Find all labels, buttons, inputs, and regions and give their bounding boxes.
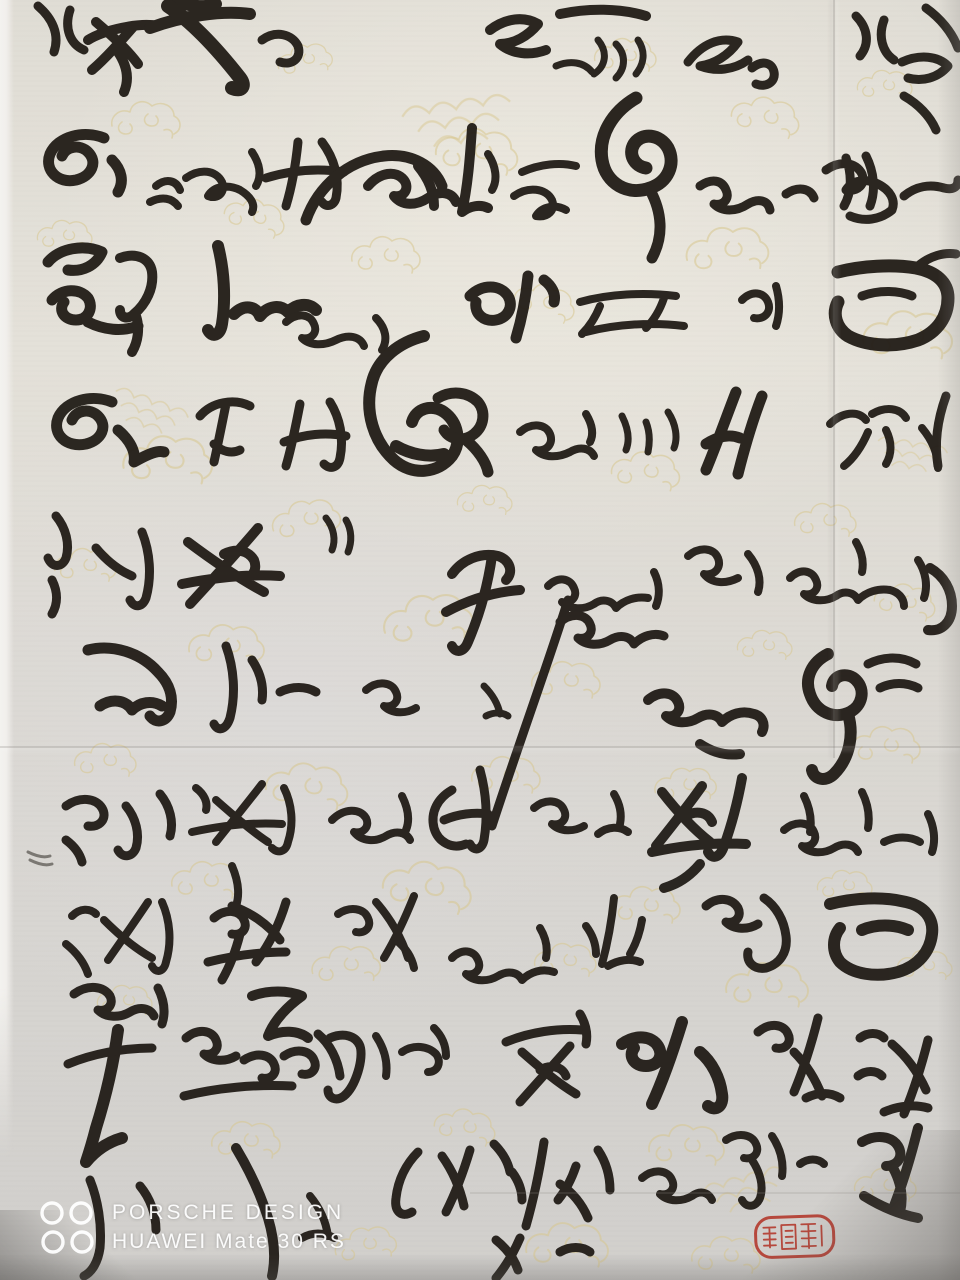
cursive-ink-strokes (28, 2, 958, 1278)
watermark-brand-line: PORSCHE DESIGN (112, 1198, 346, 1227)
watermark-text: PORSCHE DESIGN HUAWEI Mate 30 RS (112, 1198, 346, 1256)
calligraphy-artwork (0, 0, 960, 1280)
bottom-edge-shadow (0, 1254, 960, 1280)
camera-watermark: PORSCHE DESIGN HUAWEI Mate 30 RS (40, 1198, 346, 1256)
horizontal-fold-crease (0, 746, 960, 748)
watermark-device-line: HUAWEI Mate 30 RS (112, 1227, 346, 1256)
vertical-fold-crease (833, 0, 835, 758)
paper-left-edge-highlight (0, 0, 14, 1160)
paper-right-edge-shade (938, 0, 960, 1280)
four-rings-icon (40, 1200, 98, 1256)
photo-of-calligraphy: PORSCHE DESIGN HUAWEI Mate 30 RS (0, 0, 960, 1280)
